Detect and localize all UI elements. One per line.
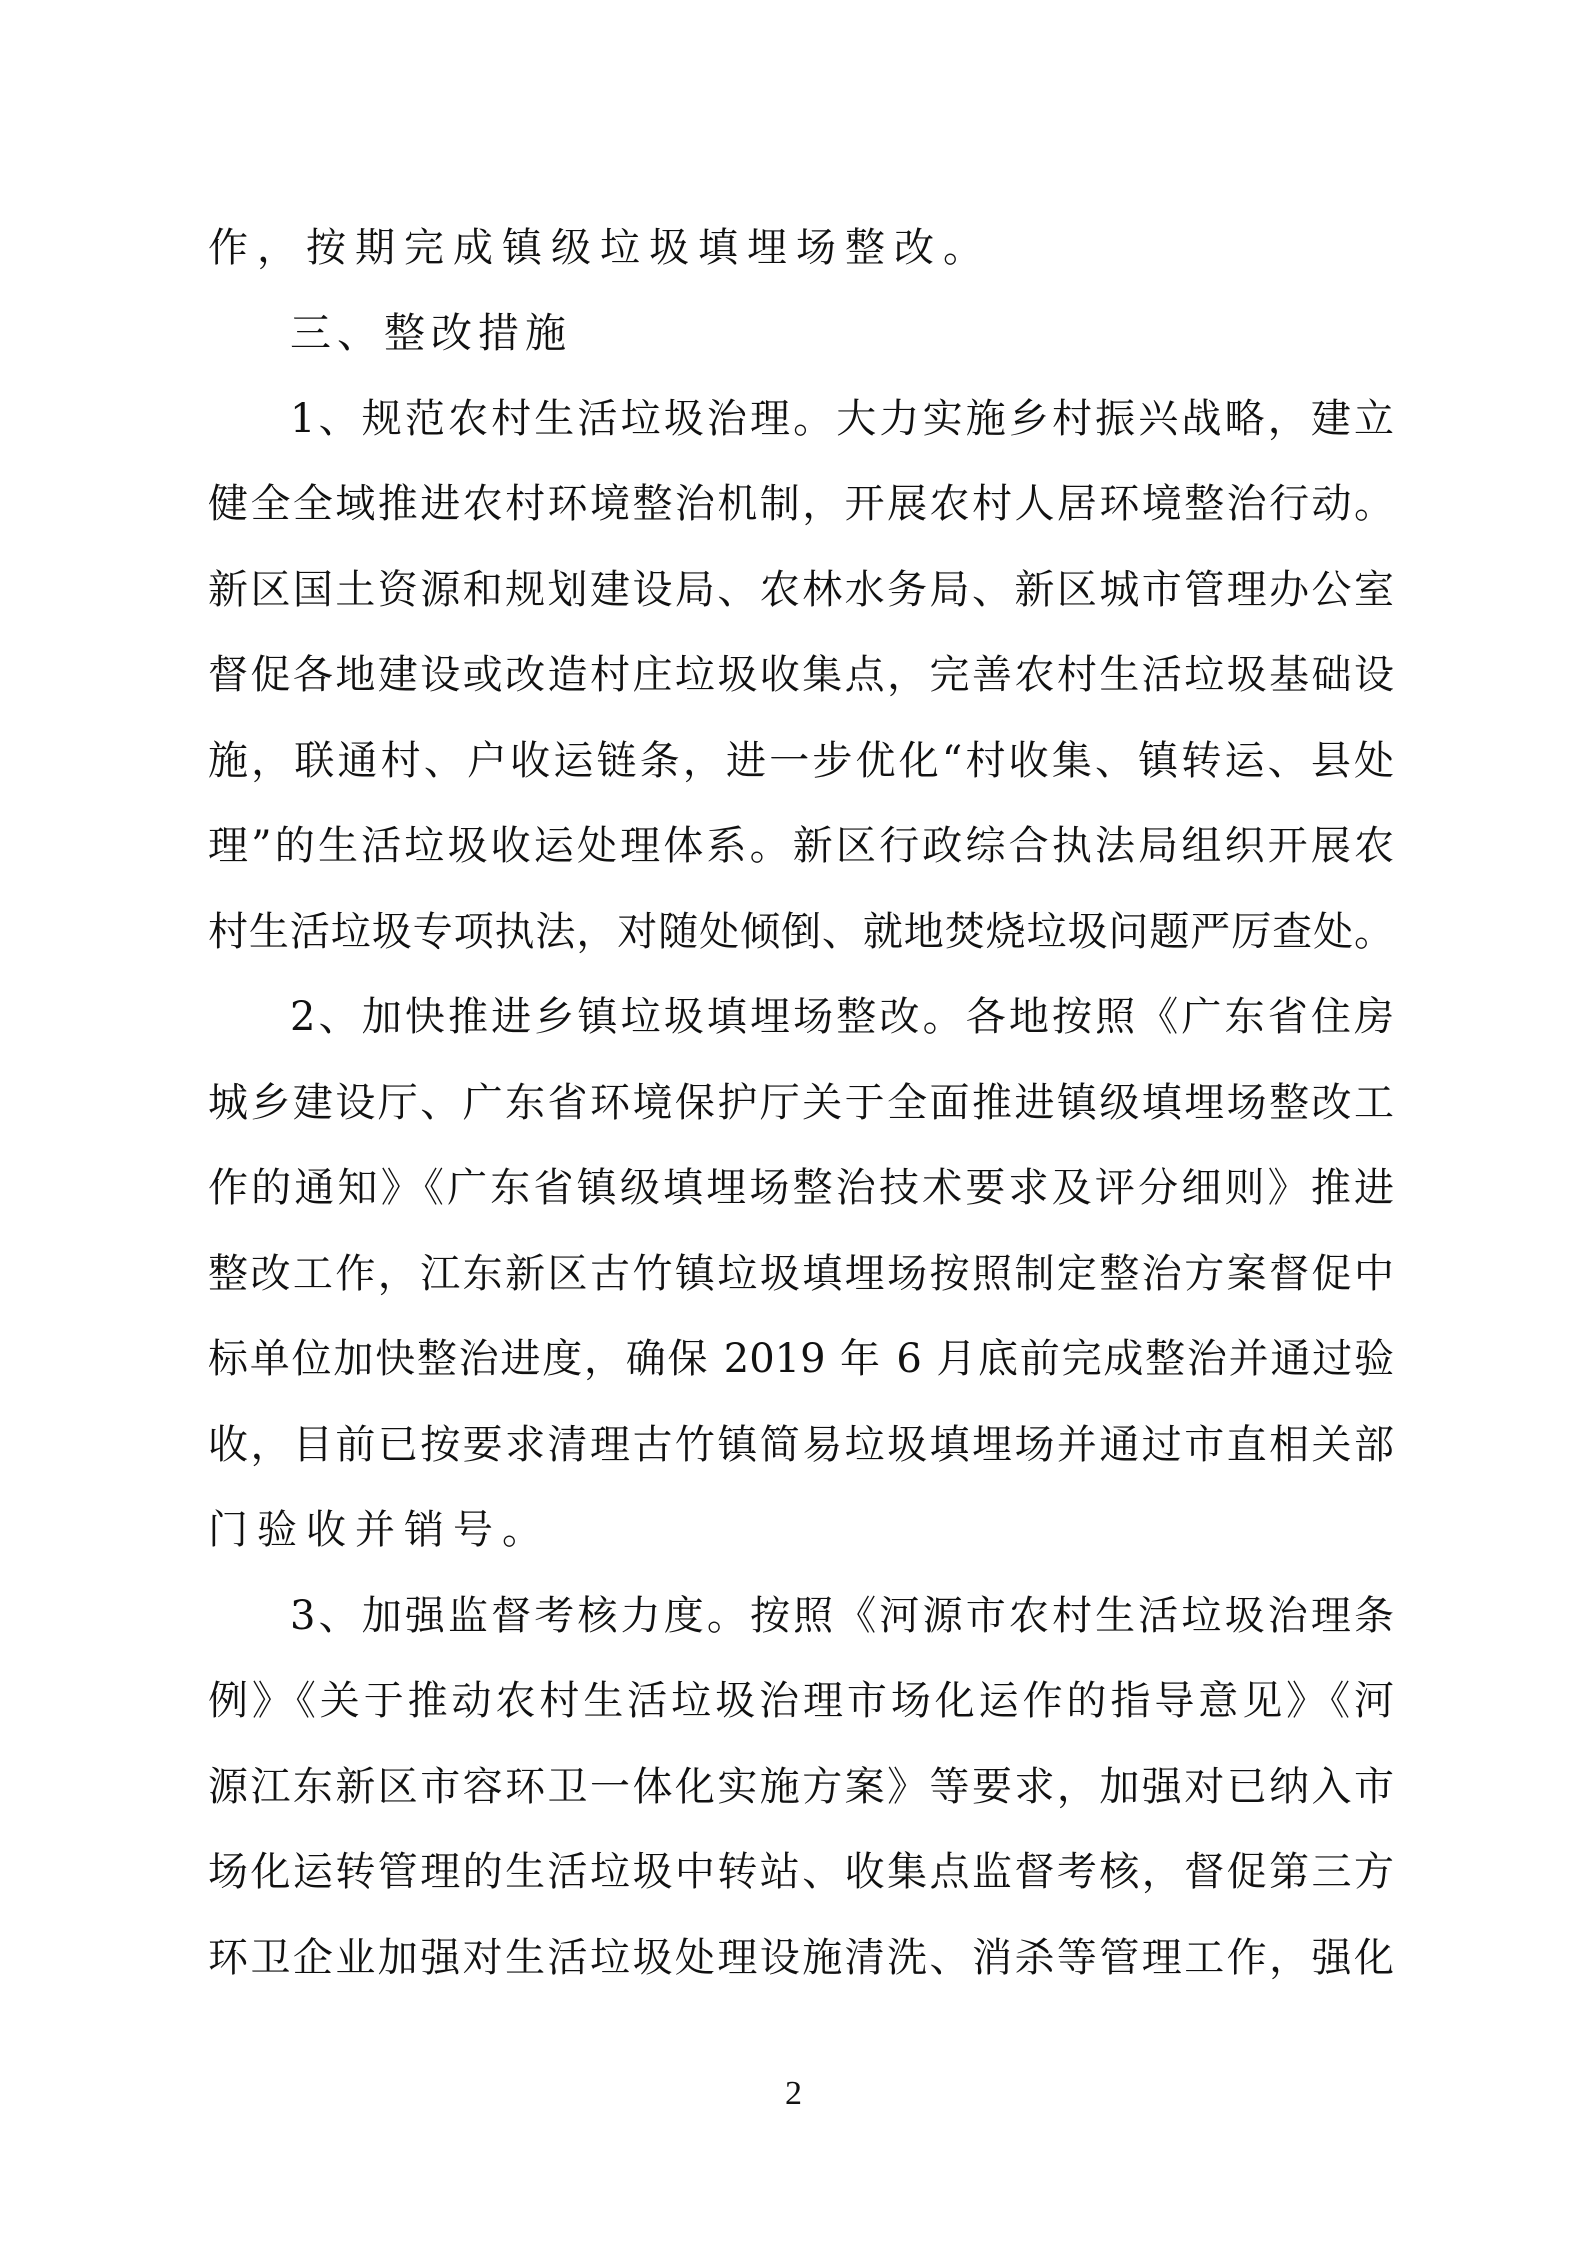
body-text-line: 标单位加快整治进度，确保 2019 年 6 月底前完成整治并通过验 — [208, 1329, 1394, 1389]
body-text-line: 场化运转管理的生活垃圾中转站、收集点监督考核，督促第三方 — [208, 1842, 1394, 1902]
body-text-line: 作，按期完成镇级垃圾填埋场整改。 — [208, 218, 1394, 278]
body-text-line: 施，联通村、户收运链条，进一步优化“村收集、镇转运、县处 — [208, 731, 1394, 791]
body-text-line: 督促各地建设或改造村庄垃圾收集点，完善农村生活垃圾基础设 — [208, 645, 1394, 705]
body-text-line: 理”的生活垃圾收运处理体系。新区行政综合执法局组织开展农 — [208, 816, 1394, 876]
paragraph-1-first-line: 1、规范农村生活垃圾治理。大力实施乡村振兴战略，建立 — [290, 389, 1394, 449]
body-text-line: 新区国土资源和规划建设局、农林水务局、新区城市管理办公室 — [208, 560, 1394, 620]
body-text-line: 作的通知》《广东省镇级填埋场整治技术要求及评分细则》推进 — [208, 1158, 1394, 1218]
body-text-line: 健全全域推进农村环境整治机制，开展农村人居环境整治行动。 — [208, 474, 1394, 534]
body-text-line: 城乡建设厅、广东省环境保护厅关于全面推进镇级填埋场整改工 — [208, 1073, 1394, 1133]
paragraph-3-first-line: 3、加强监督考核力度。按照《河源市农村生活垃圾治理条 — [290, 1586, 1394, 1646]
section-heading: 三、整改措施 — [290, 303, 572, 363]
body-text-line: 门验收并销号。 — [208, 1500, 1394, 1560]
body-text-line: 收，目前已按要求清理古竹镇简易垃圾填埋场并通过市直相关部 — [208, 1415, 1394, 1475]
body-text-line: 例》《关于推动农村生活垃圾治理市场化运作的指导意见》《河 — [208, 1671, 1394, 1731]
body-text-line: 环卫企业加强对生活垃圾处理设施清洗、消杀等管理工作，强化 — [208, 1928, 1394, 1988]
body-text-line: 整改工作，江东新区古竹镇垃圾填埋场按照制定整治方案督促中 — [208, 1244, 1394, 1304]
document-page: 作，按期完成镇级垃圾填埋场整改。 三、整改措施 1、规范农村生活垃圾治理。大力实… — [0, 0, 1587, 2245]
page-number: 2 — [0, 2075, 1587, 2113]
body-text-line: 源江东新区市容环卫一体化实施方案》等要求，加强对已纳入市 — [208, 1757, 1394, 1817]
body-text-line: 村生活垃圾专项执法，对随处倾倒、就地焚烧垃圾问题严厉查处。 — [208, 902, 1394, 962]
paragraph-2-first-line: 2、加快推进乡镇垃圾填埋场整改。各地按照《广东省住房 — [290, 987, 1394, 1047]
